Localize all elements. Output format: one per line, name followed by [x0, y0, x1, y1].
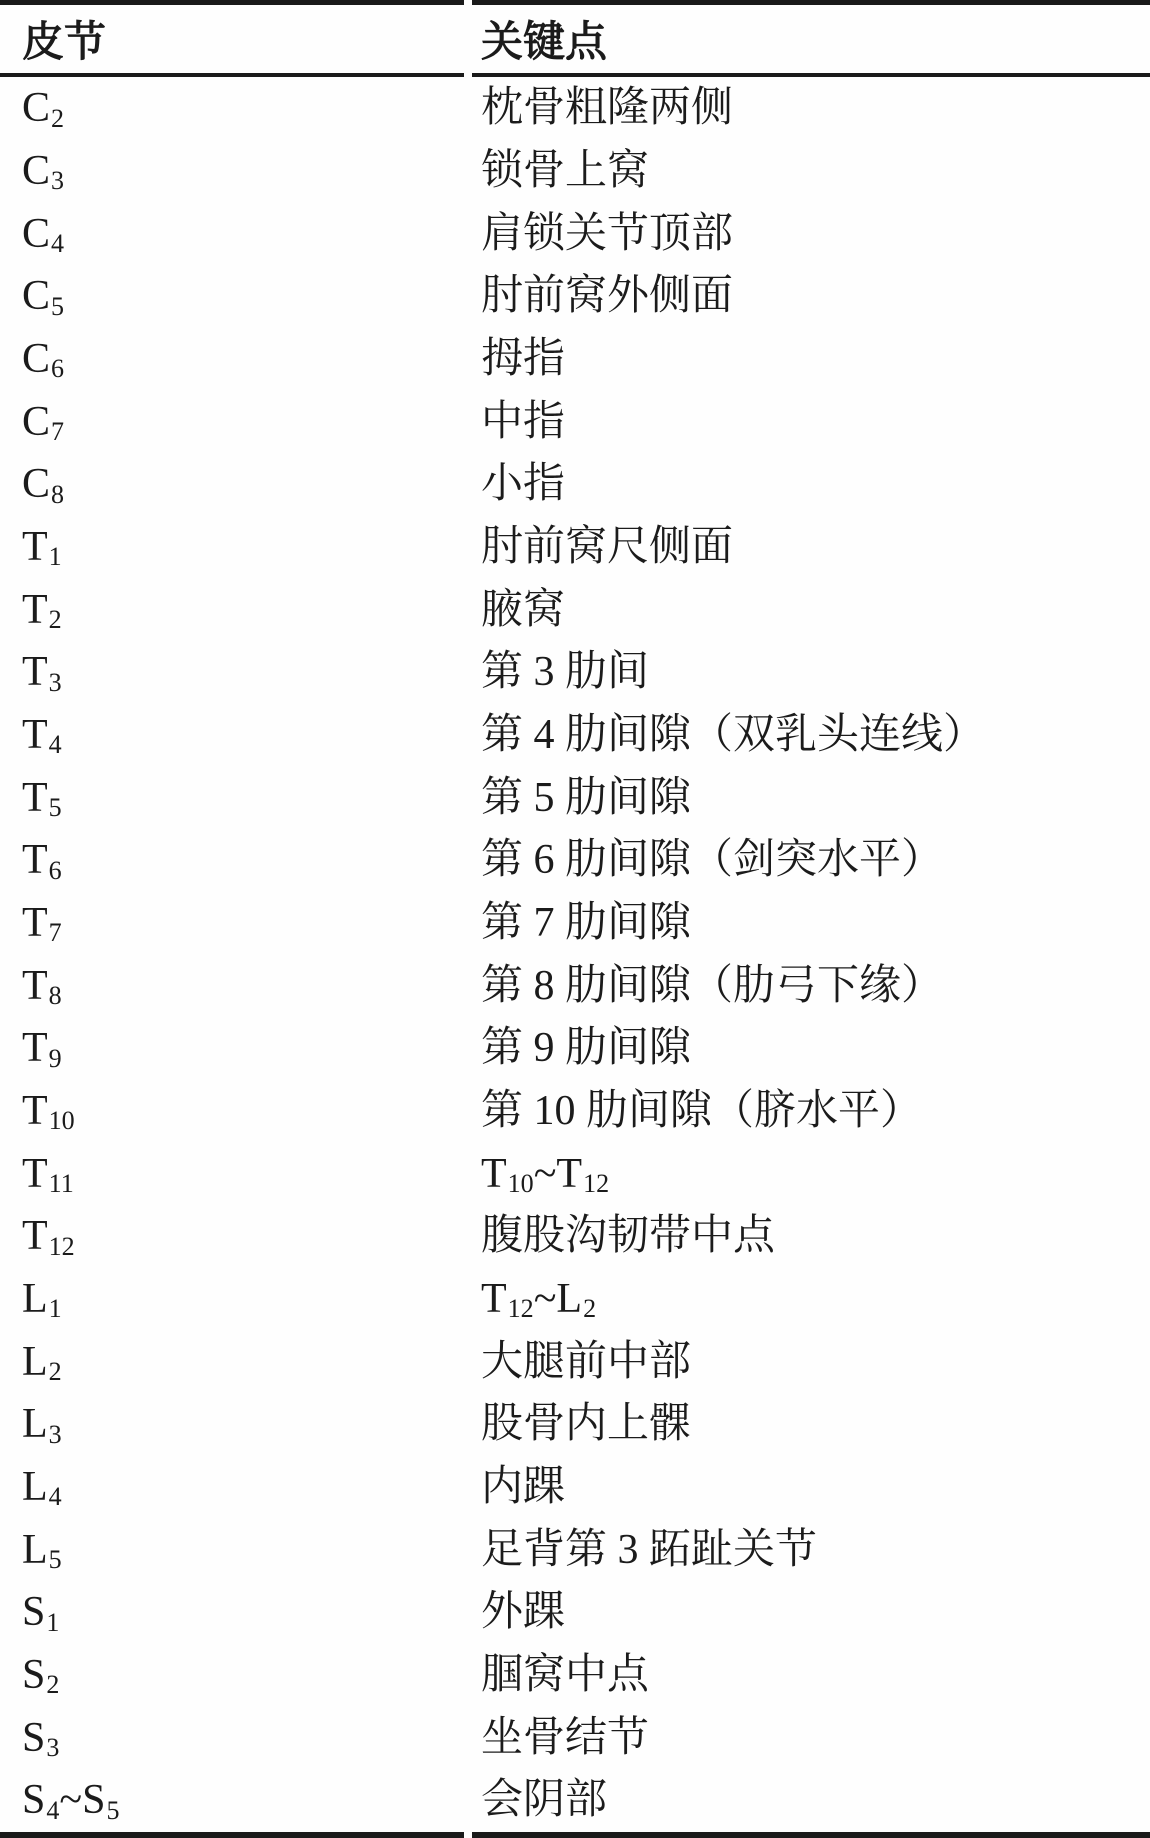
dermatome-cell: T9 [0, 1027, 481, 1069]
cell-text: 腹股沟韧带中点 [481, 1213, 775, 1259]
subscript-text: 3 [49, 1420, 62, 1449]
cell-text: T [22, 900, 48, 946]
cell-text: T [481, 1151, 507, 1197]
table-row: T5第 5 肋间隙 [0, 766, 1150, 829]
dermatome-cell: S1 [0, 1591, 481, 1633]
cell-text: 第 3 肋间 [481, 649, 649, 695]
table-row: S1外踝 [0, 1581, 1150, 1644]
dermatome-cell: L2 [0, 1341, 481, 1383]
cell-text: 会阴部 [481, 1777, 607, 1823]
table-row: T7第 7 肋间隙 [0, 892, 1150, 955]
table-row: L3股骨内上髁 [0, 1393, 1150, 1456]
cell-text: S [22, 1652, 45, 1698]
cell-text: 第 7 肋间隙 [481, 900, 691, 946]
column-header-keypoint: 关键点 [481, 9, 1150, 69]
subscript-text: 7 [51, 417, 64, 446]
cell-text: S [22, 1589, 45, 1635]
cell-text: 中指 [481, 399, 565, 445]
dermatome-cell: L5 [0, 1529, 481, 1571]
cell-text: 枕骨粗隆两侧 [481, 85, 733, 131]
cell-text: 股骨内上髁 [481, 1401, 691, 1447]
keypoint-cell: 肘前窝外侧面 [481, 275, 1150, 317]
cell-text: 腘窝中点 [481, 1652, 649, 1698]
table-row: L2大腿前中部 [0, 1330, 1150, 1393]
subscript-text: 7 [49, 918, 62, 947]
table-row: C6拇指 [0, 328, 1150, 391]
keypoint-cell: 第 8 肋间隙（肋弓下缘） [481, 965, 1150, 1007]
keypoint-cell: 第 3 肋间 [481, 651, 1150, 693]
cell-text: 第 4 肋间隙（双乳头连线） [481, 712, 985, 758]
table-row: T10第 10 肋间隙（脐水平） [0, 1080, 1150, 1143]
cell-text: L [22, 1527, 48, 1573]
cell-text: 锁骨上窝 [481, 148, 649, 194]
keypoint-cell: T10~T12 [481, 1153, 1150, 1195]
dermatome-cell: T10 [0, 1090, 481, 1132]
cell-text: 肩锁关节顶部 [481, 211, 733, 257]
subscript-text: 2 [583, 1294, 596, 1323]
keypoint-cell: 坐骨结节 [481, 1717, 1150, 1759]
dermatome-cell: T12 [0, 1215, 481, 1257]
cell-text: T [22, 775, 48, 821]
subscript-text: 3 [46, 1733, 59, 1762]
dermatome-cell: L3 [0, 1403, 481, 1445]
table-row: C8小指 [0, 453, 1150, 516]
table-header-row: 皮节 关键点 [0, 5, 1150, 73]
column-header-dermatome: 皮节 [0, 9, 481, 69]
cell-text: 肘前窝外侧面 [481, 273, 733, 319]
cell-text: C [22, 399, 50, 445]
dermatome-cell: L4 [0, 1466, 481, 1508]
subscript-text: 2 [49, 1357, 62, 1386]
subscript-text: 11 [49, 1169, 74, 1198]
subscript-text: 4 [46, 1796, 59, 1825]
dermatome-cell: S4~S5 [0, 1779, 481, 1821]
table-row: T8第 8 肋间隙（肋弓下缘） [0, 954, 1150, 1017]
keypoint-cell: 外踝 [481, 1591, 1150, 1633]
dermatome-cell: C2 [0, 87, 481, 129]
cell-text: T [22, 963, 48, 1009]
subscript-text: 10 [508, 1169, 534, 1198]
dermatome-cell: T4 [0, 714, 481, 756]
dermatome-cell: C3 [0, 150, 481, 192]
dermatome-cell: T7 [0, 902, 481, 944]
table-row: T2腋窝 [0, 578, 1150, 641]
table-row: C4肩锁关节顶部 [0, 202, 1150, 265]
subscript-text: 5 [106, 1796, 119, 1825]
cell-text: 内踝 [481, 1464, 565, 1510]
cell-text: 第 9 肋间隙 [481, 1025, 691, 1071]
cell-text: T [22, 524, 48, 570]
subscript-text: 9 [49, 1044, 62, 1073]
cell-text: S [22, 1777, 45, 1823]
keypoint-cell: 足背第 3 跖趾关节 [481, 1529, 1150, 1571]
subscript-text: 8 [49, 981, 62, 1010]
keypoint-cell: 锁骨上窝 [481, 150, 1150, 192]
table-row: T9第 9 肋间隙 [0, 1017, 1150, 1080]
keypoint-cell: 肘前窝尺侧面 [481, 526, 1150, 568]
keypoint-cell: 小指 [481, 463, 1150, 505]
table-row: T11T10~T12 [0, 1142, 1150, 1205]
subscript-text: 1 [46, 1608, 59, 1637]
cell-text: 第 5 肋间隙 [481, 775, 691, 821]
subscript-text: 3 [51, 166, 64, 195]
table-bottom-rule [0, 1832, 1150, 1838]
cell-text: 第 8 肋间隙（肋弓下缘） [481, 963, 943, 1009]
subscript-text: 5 [49, 1545, 62, 1574]
cell-text: T [22, 1025, 48, 1071]
subscript-text: 2 [51, 104, 64, 133]
dermatome-cell: T5 [0, 777, 481, 819]
table-row: T12腹股沟韧带中点 [0, 1205, 1150, 1268]
dermatome-cell: T11 [0, 1153, 481, 1195]
subscript-text: 12 [583, 1169, 609, 1198]
dermatome-cell: T1 [0, 526, 481, 568]
subscript-text: 5 [49, 793, 62, 822]
cell-text: 肘前窝尺侧面 [481, 524, 733, 570]
table-row: T1肘前窝尺侧面 [0, 516, 1150, 579]
dermatome-cell: C4 [0, 213, 481, 255]
cell-text: C [22, 148, 50, 194]
cell-text: T [22, 587, 48, 633]
cell-text: ~S [59, 1777, 105, 1823]
keypoint-cell: 股骨内上髁 [481, 1403, 1150, 1445]
keypoint-cell: 大腿前中部 [481, 1341, 1150, 1383]
keypoint-cell: 第 9 肋间隙 [481, 1027, 1150, 1069]
dermatome-keypoint-table: 皮节 关键点 C2枕骨粗隆两侧C3锁骨上窝C4肩锁关节顶部C5肘前窝外侧面C6拇… [0, 0, 1150, 1838]
subscript-text: 5 [51, 292, 64, 321]
cell-text: T [481, 1276, 507, 1322]
table-row: T3第 3 肋间 [0, 641, 1150, 704]
keypoint-cell: 腘窝中点 [481, 1654, 1150, 1696]
keypoint-cell: 枕骨粗隆两侧 [481, 87, 1150, 129]
subscript-text: 2 [46, 1670, 59, 1699]
dermatome-cell: C8 [0, 463, 481, 505]
keypoint-cell: 第 4 肋间隙（双乳头连线） [481, 714, 1150, 756]
cell-text: L [22, 1339, 48, 1385]
cell-text: 坐骨结节 [481, 1715, 649, 1761]
table-row: C3锁骨上窝 [0, 140, 1150, 203]
cell-text: 外踝 [481, 1589, 565, 1635]
keypoint-cell: 第 5 肋间隙 [481, 777, 1150, 819]
cell-text: T [22, 837, 48, 883]
cell-text: 足背第 3 跖趾关节 [481, 1527, 817, 1573]
cell-text: 第 10 肋间隙（脐水平） [481, 1088, 922, 1134]
dermatome-cell: T6 [0, 839, 481, 881]
table-row: S4~S5会阴部 [0, 1769, 1150, 1832]
dermatome-cell: L1 [0, 1278, 481, 1320]
cell-text: C [22, 211, 50, 257]
bottom-rule-right-segment [472, 1832, 1150, 1838]
subscript-text: 10 [49, 1106, 75, 1135]
cell-text: L [22, 1401, 48, 1447]
keypoint-cell: 第 10 肋间隙（脐水平） [481, 1090, 1150, 1132]
cell-text: T [22, 1088, 48, 1134]
keypoint-cell: 第 7 肋间隙 [481, 902, 1150, 944]
subscript-text: 8 [51, 480, 64, 509]
table-row: S3坐骨结节 [0, 1706, 1150, 1769]
cell-text: L [22, 1464, 48, 1510]
subscript-text: 1 [49, 542, 62, 571]
cell-text: T [22, 649, 48, 695]
subscript-text: 3 [49, 668, 62, 697]
subscript-text: 1 [49, 1294, 62, 1323]
subscript-text: 12 [508, 1294, 534, 1323]
cell-text: 第 6 肋间隙（剑突水平） [481, 837, 943, 883]
cell-text: C [22, 461, 50, 507]
cell-text: 拇指 [481, 336, 565, 382]
cell-text: ~L [534, 1276, 582, 1322]
table-row: C5肘前窝外侧面 [0, 265, 1150, 328]
keypoint-cell: T12~L2 [481, 1278, 1150, 1320]
cell-text: L [22, 1276, 48, 1322]
keypoint-cell: 腹股沟韧带中点 [481, 1215, 1150, 1257]
dermatome-cell: C7 [0, 401, 481, 443]
table-row: T6第 6 肋间隙（剑突水平） [0, 829, 1150, 892]
keypoint-cell: 肩锁关节顶部 [481, 213, 1150, 255]
table-row: T4第 4 肋间隙（双乳头连线） [0, 704, 1150, 767]
table-row: S2腘窝中点 [0, 1644, 1150, 1707]
keypoint-cell: 中指 [481, 401, 1150, 443]
table-row: C7中指 [0, 390, 1150, 453]
keypoint-cell: 拇指 [481, 338, 1150, 380]
subscript-text: 4 [49, 730, 62, 759]
cell-text: T [22, 1151, 48, 1197]
subscript-text: 4 [51, 229, 64, 258]
dermatome-cell: C6 [0, 338, 481, 380]
subscript-text: 12 [49, 1232, 75, 1261]
keypoint-cell: 第 6 肋间隙（剑突水平） [481, 839, 1150, 881]
keypoint-cell: 腋窝 [481, 589, 1150, 631]
table-row: L5足背第 3 跖趾关节 [0, 1518, 1150, 1581]
dermatome-cell: T2 [0, 589, 481, 631]
cell-text: 大腿前中部 [481, 1339, 691, 1385]
cell-text: T [22, 712, 48, 758]
cell-text: C [22, 85, 50, 131]
dermatome-cell: T8 [0, 965, 481, 1007]
cell-text: C [22, 273, 50, 319]
subscript-text: 6 [51, 354, 64, 383]
keypoint-cell: 内踝 [481, 1466, 1150, 1508]
dermatome-cell: T3 [0, 651, 481, 693]
subscript-text: 2 [49, 605, 62, 634]
cell-text: T [22, 1213, 48, 1259]
subscript-text: 4 [49, 1482, 62, 1511]
table-row: C2枕骨粗隆两侧 [0, 77, 1150, 140]
cell-text: 小指 [481, 461, 565, 507]
dermatome-cell: S3 [0, 1717, 481, 1759]
subscript-text: 6 [49, 856, 62, 885]
cell-text: ~T [534, 1151, 582, 1197]
dermatome-cell: C5 [0, 275, 481, 317]
dermatome-cell: S2 [0, 1654, 481, 1696]
cell-text: S [22, 1715, 45, 1761]
bottom-rule-left-segment [0, 1832, 464, 1838]
table-row: L1T12~L2 [0, 1268, 1150, 1331]
cell-text: 腋窝 [481, 587, 565, 633]
keypoint-cell: 会阴部 [481, 1779, 1150, 1821]
table-row: L4内踝 [0, 1456, 1150, 1519]
bottom-rule-gap [464, 1832, 472, 1838]
table-body: C2枕骨粗隆两侧C3锁骨上窝C4肩锁关节顶部C5肘前窝外侧面C6拇指C7中指C8… [0, 77, 1150, 1832]
cell-text: C [22, 336, 50, 382]
